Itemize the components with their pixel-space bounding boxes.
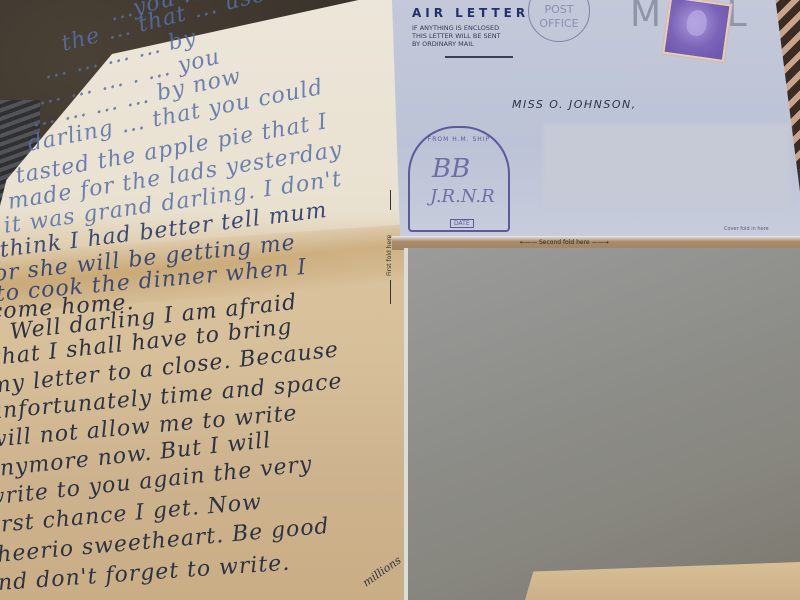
postscript-scribble: millions xyxy=(360,554,403,590)
postage-stamp xyxy=(662,0,731,62)
postmark-line: POST xyxy=(529,3,589,17)
air-letter-title: AIR LETTER xyxy=(412,6,529,20)
censor-stamp-header: FROM H.M. SHIP xyxy=(410,136,508,143)
censor-initials-2: J.R.N.R xyxy=(430,186,495,207)
cover-fold-label: Cover fold in here xyxy=(724,226,769,232)
monarch-portrait-icon xyxy=(685,9,708,38)
air-letter-notice: IF ANYTHING IS ENCLOSED THIS LETTER WILL… xyxy=(412,24,542,48)
notice-line: IF ANYTHING IS ENCLOSED xyxy=(412,24,542,32)
censor-initials: BB xyxy=(432,154,470,184)
panel-edge xyxy=(404,248,408,600)
censor-date-box: DATE xyxy=(450,219,474,228)
handwritten-text: ...you ... have ... the ... that ... use… xyxy=(0,0,420,600)
addressee-name: MISS O. JOHNSON, xyxy=(512,98,637,111)
arrow-right-icon: ——→ xyxy=(592,239,609,246)
redacted-address xyxy=(543,124,790,206)
first-fold-label: First fold here xyxy=(386,200,398,310)
notice-line: BY ORDINARY MAIL xyxy=(412,40,542,48)
rule-line xyxy=(445,56,513,58)
postmark-line: OFFICE xyxy=(529,17,589,31)
arrow-left-icon: ←—— xyxy=(520,239,537,246)
notice-line: THIS LETTER WILL BE SENT xyxy=(412,32,542,40)
second-fold-text: Second fold here xyxy=(539,239,590,246)
censor-stamp: FROM H.M. SHIP BB J.R.N.R DATE xyxy=(408,126,510,232)
fold-arrow-down xyxy=(390,280,391,304)
letter-back-panel xyxy=(404,248,800,600)
second-fold-label: ←—— Second fold here ——→ xyxy=(520,239,609,246)
